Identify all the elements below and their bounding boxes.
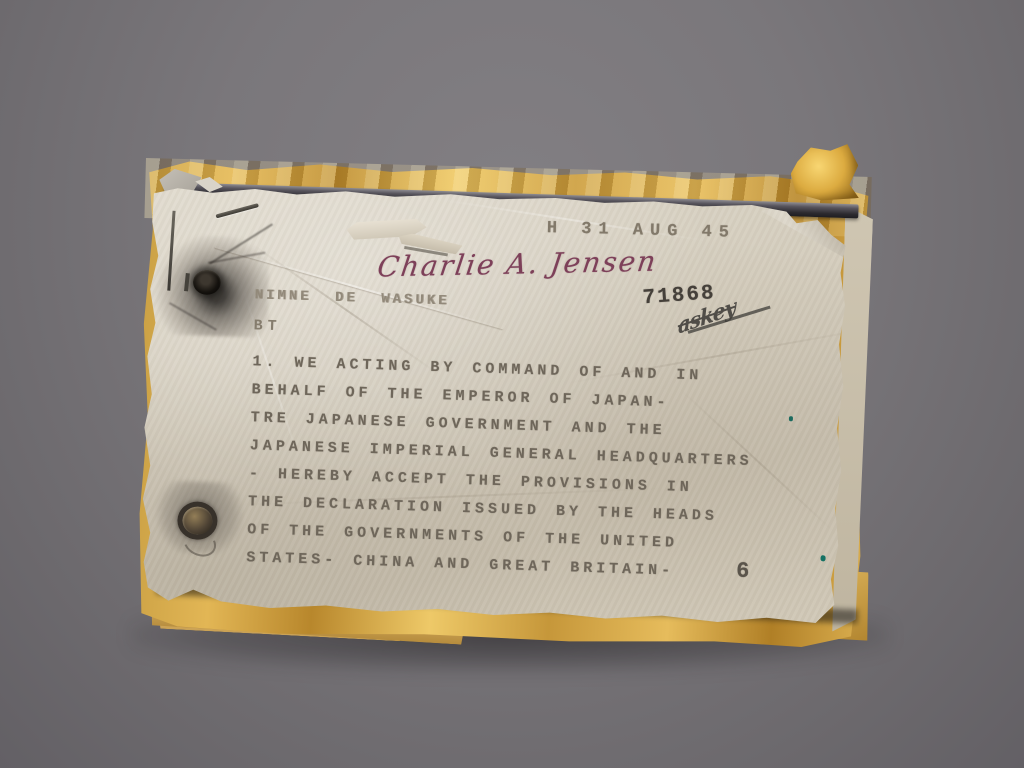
telegram-page: H 31 AUG 45 Charlie A. Jensen 71868 aske…: [137, 184, 850, 626]
page-number: 6: [736, 559, 750, 584]
handwritten-signature: Charlie A. Jensen: [375, 245, 659, 284]
procedure-sign: BT: [253, 317, 282, 335]
photo-of-telegram: H 31 AUG 45 Charlie A. Jensen 71868 aske…: [0, 0, 1024, 768]
ink-speck: [789, 416, 793, 421]
ink-speck: [820, 555, 825, 561]
